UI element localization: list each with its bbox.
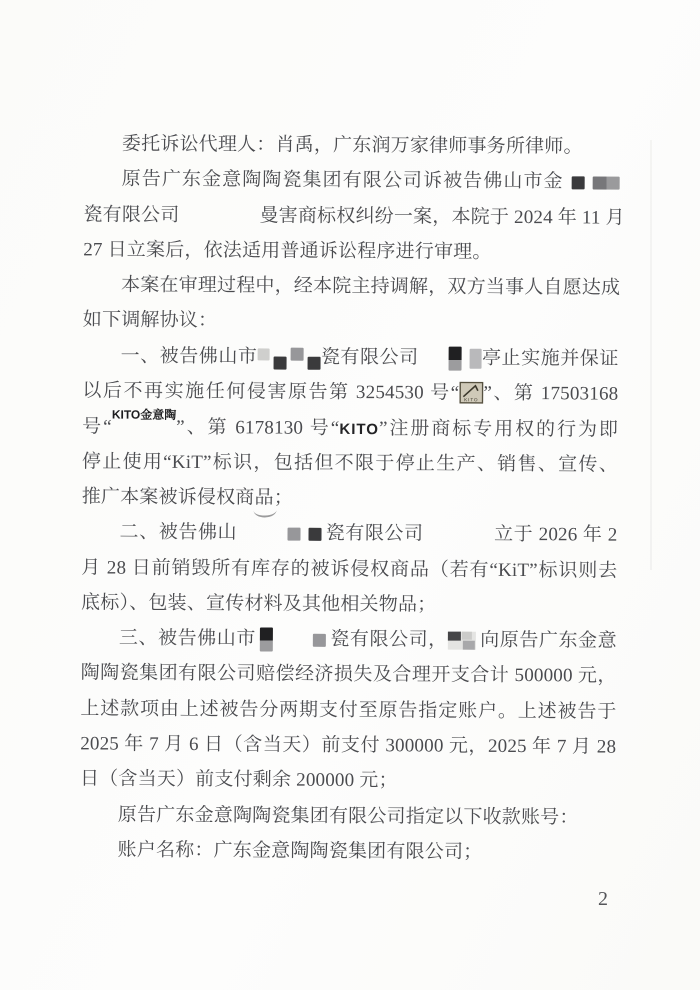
text-run: 向原告广东金意 [480, 630, 617, 652]
text-run: 停止使用“KiT”标识，包括但不限于停止生产、销售、宣传、 [82, 451, 618, 475]
document-line-15: 三、被告佛山市瓷有限公司，向原告广东金意 [81, 621, 617, 660]
redaction-block [572, 177, 585, 190]
redaction-gap [286, 361, 290, 362]
document-line-21: 账户名称：广东金意陶陶瓷集团有限公司； [79, 832, 615, 871]
text-run: 如下调解协议： [83, 310, 218, 332]
text-run: 原告广东金意陶陶瓷集团有限公司诉被告佛山市金 [122, 169, 564, 193]
document-line-18: 2025 年 7 月 6 日（含当天）前支付 300000 元，2025 年 7… [80, 726, 616, 765]
svg-text:KITO: KITO [464, 397, 478, 402]
text-run: 以后不再实施任何侵害原告第 3254530 号“ [82, 380, 459, 403]
text-run: 立于 2026 年 2 [494, 524, 618, 546]
redaction-gap [237, 538, 287, 539]
document-line-6: 如下调解协议： [83, 303, 619, 342]
document-line-14: 底标）、包装、宣传材料及其他相关物品； [81, 585, 617, 624]
document-line-10: 停止使用“KiT”标识，包括但不限于停止生产、销售、宣传、 [82, 444, 618, 483]
redaction-gap [419, 362, 449, 363]
document-line-11: 推广本案被诉侵权商品； [82, 479, 618, 518]
text-run: 2025 年 7 月 6 日（含当天）前支付 300000 元，2025 年 7… [80, 733, 616, 757]
redaction-block [470, 349, 482, 369]
document-line-16: 陶陶瓷集团有限公司赔偿经济损失及合理开支合计 500000 元， [81, 656, 617, 695]
redaction-block [449, 346, 462, 370]
text-run: 曼害商标权纠纷一案，本院于 2024 年 11 月 [259, 205, 624, 228]
document-page: 委托诉讼代理人：肖禹，广东润万家律师事务所律师。原告广东金意陶陶瓷集团有限公司诉… [0, 0, 700, 990]
text-run: 一、被告佛山市 [121, 345, 258, 367]
text-run: 上述款项由上述被告分两期支付至原告指定账户。上述被告于 [80, 698, 616, 722]
text-run: 底标）、包装、宣传材料及其他相关物品； [81, 592, 436, 615]
document-line-20: 原告广东金意陶陶瓷集团有限公司指定以下收款账号： [80, 797, 616, 836]
document-line-7: 一、被告佛山市瓷有限公司亭止实施并保证 [82, 338, 618, 377]
redaction-block [313, 634, 326, 647]
redaction-block [448, 632, 476, 650]
redaction-gap [273, 644, 313, 645]
redaction-gap [424, 539, 494, 540]
redaction-block [287, 528, 300, 541]
text-run: 瓷有限公司 [83, 204, 179, 226]
kito-wordmark-logo: KITO [339, 421, 379, 438]
document-line-19: 日（含当天）前支付剩余 200000 元； [80, 762, 616, 801]
text-run: 瓷有限公司 [325, 523, 424, 545]
redaction-gap [564, 187, 572, 188]
redaction-block [260, 628, 273, 652]
redaction-block [291, 347, 304, 360]
document-body: 委托诉讼代理人：肖禹，广东润万家律师事务所律师。原告广东金意陶陶瓷集团有限公司诉… [79, 126, 620, 870]
redaction-block [308, 528, 321, 541]
kito-jinyitao-trademark-logo: KITO金意陶 [112, 409, 177, 440]
document-line-13: 月 28 日前销毁所有库存的被诉侵权商品（若有“KiT”标识则去 [81, 550, 617, 589]
text-run: ； [274, 487, 293, 508]
text-run: 瓷有限公司 [320, 347, 418, 369]
text-run: 原告广东金意陶陶瓷集团有限公司指定以下收款账号： [118, 804, 579, 828]
text-run: 亭止实施并保证 [482, 348, 619, 370]
redaction-block [273, 356, 286, 369]
scan-fold-artifact [650, 140, 652, 570]
text-run: 二、被告佛山 [119, 522, 237, 544]
page-number: 2 [598, 888, 608, 911]
underlined-text: 品 [254, 480, 273, 515]
document-line-3: 瓷有限公司曼害商标权纠纷一案，本院于 2024 年 11 月 [83, 197, 619, 236]
document-line-17: 上述款项由上述被告分两期支付至原告指定账户。上述被告于 [80, 691, 616, 730]
redaction-gap [300, 538, 308, 539]
text-run: 账户名称：广东金意陶陶瓷集团有限公司； [118, 840, 483, 863]
text-run: ”、第 6178130 号“ [176, 417, 339, 439]
text-run: 本案在审理过程中，经本院主持调解，双方当事人自愿达成 [121, 275, 620, 299]
text-run: 陶陶瓷集团有限公司赔偿经济损失及合理开支合计 500000 元， [81, 663, 617, 687]
document-line-8: 以后不再实施任何侵害原告第 3254530 号“KITO”、第 17503168 [82, 373, 618, 412]
text-run: ”注册商标专用权的行为即 [379, 419, 618, 441]
redaction-gap [585, 187, 593, 188]
redaction-gap [462, 362, 470, 363]
text-run: 瓷有限公司， [330, 629, 448, 651]
text-run: 日（含当天）前支付剩余 200000 元； [80, 769, 398, 792]
text-run: 推广本案被诉侵权商 [82, 486, 255, 508]
redaction-block [307, 357, 320, 370]
kito-jinyitao-logo-text: KITO金意陶 [112, 409, 177, 421]
text-run: 27 日立案后，依法适用普通诉讼程序进行审理。 [83, 239, 491, 262]
text-run: ”、第 17503168 [483, 383, 618, 405]
text-run: 号“ [82, 417, 112, 438]
document-line-2: 原告广东金意陶陶瓷集团有限公司诉被告佛山市金 [84, 162, 620, 201]
redaction-gap [179, 220, 259, 221]
text-run: 委托诉讼代理人：肖禹，广东润万家律师事务所律师。 [122, 134, 583, 158]
document-line-4: 27 日立案后，依法适用普通诉讼程序进行审理。 [83, 232, 619, 271]
document-line-5: 本案在审理过程中，经本院主持调解，双方当事人自愿达成 [83, 268, 619, 307]
document-line-9: 号“KITO金意陶”、第 6178130 号“KITO”注册商标专用权的行为即 [82, 409, 618, 448]
text-run: 月 28 日前销毁所有库存的被诉侵权商品（若有“KiT”标识则去 [81, 557, 617, 581]
document-line-1: 委托诉讼代理人：肖禹，广东润万家律师事务所律师。 [84, 126, 620, 165]
kito-emblem-trademark-logo: KITO [459, 381, 483, 403]
text-run: 三、被告佛山市 [119, 628, 256, 650]
redaction-block [593, 177, 620, 190]
redaction-block [258, 348, 270, 360]
document-line-12: 二、被告佛山瓷有限公司立于 2026 年 2 [81, 515, 617, 554]
